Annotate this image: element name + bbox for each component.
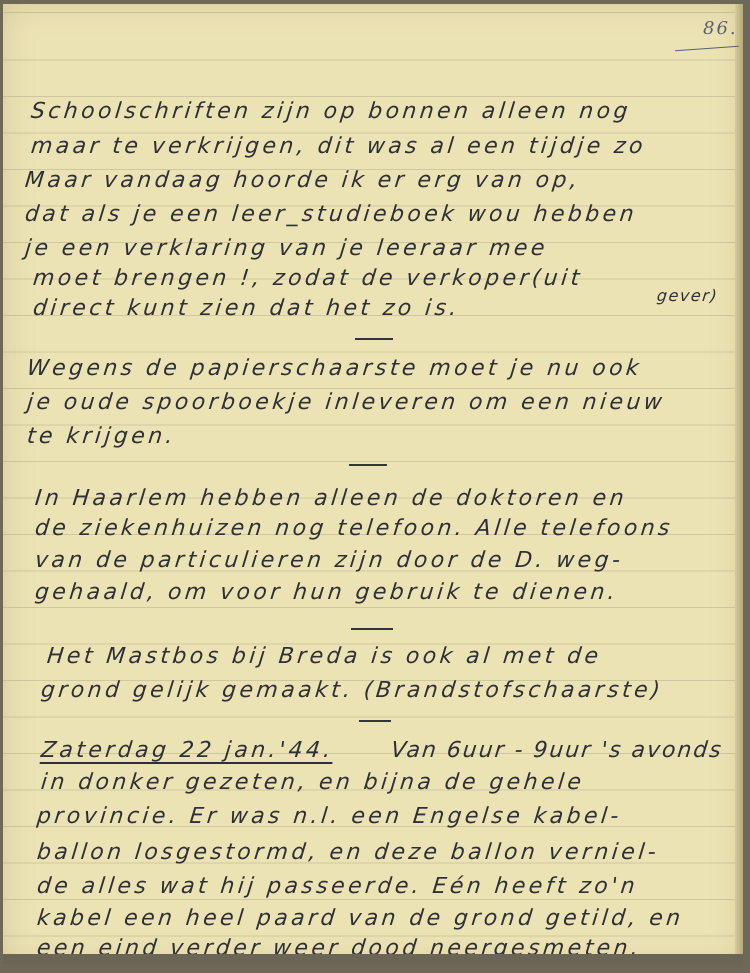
diary-page: 86. Schoolschriften zijn op bonnen allee… (3, 4, 743, 964)
entry-2-line-2: je oude spoorboekje inleveren om een nie… (26, 390, 667, 415)
section-divider (349, 464, 387, 466)
entry-3-line-2: de ziekenhuizen nog telefoon. Alle telef… (34, 516, 675, 541)
entry-5-line-3: provincie. Er was n.l. een Engelse kabel… (36, 804, 623, 829)
entry-2-line-1: Wegens de papierschaarste moet je nu ook (26, 356, 644, 381)
entry-1-line-5: je een verklaring van je leeraar mee (24, 236, 549, 261)
entry-5-line-4: ballon losgestormd, en deze ballon verni… (36, 840, 661, 865)
entry-3-line-4: gehaald, om voor hun gebruik te dienen. (34, 580, 620, 605)
entry-5-date-heading: Zaterdag 22 jan.'44. (40, 738, 335, 763)
entry-1-line-4: dat als je een leer_studieboek wou hebbe… (24, 202, 639, 227)
entry-5-line-6: kabel een heel paard van de grond getild… (36, 906, 685, 931)
entry-2-line-3: te krijgen. (26, 424, 178, 449)
entry-1-line-6: moet brengen !, zodat de verkoper(uit (32, 266, 584, 291)
page-number-underline (675, 46, 739, 51)
entry-1-annotation: gever) (656, 286, 719, 305)
section-divider (359, 720, 391, 722)
entry-4-line-1: Het Mastbos bij Breda is ook al met de (46, 644, 603, 669)
section-divider (351, 628, 393, 630)
entry-3-line-3: van de particulieren zijn door de D. weg… (34, 548, 625, 573)
section-divider (355, 338, 393, 340)
page-edge (735, 4, 743, 964)
entry-5-line-1: Van 6uur - 9uur 's avonds (390, 738, 724, 763)
entry-1-line-3: Maar vandaag hoorde ik er erg van op, (24, 168, 582, 193)
entry-5-line-2: in donker gezeten, en bijna de gehele (40, 770, 586, 795)
entry-1-line-2: maar te verkrijgen, dit was al een tijdj… (30, 134, 648, 159)
entry-1-line-1: Schoolschriften zijn op bonnen alleen no… (30, 99, 633, 124)
entry-1-line-7: direct kunt zien dat het zo is. (32, 296, 462, 321)
page-bottom-edge (3, 954, 743, 964)
entry-4-line-2: grond gelijk gemaakt. (Brandstofschaarst… (40, 678, 665, 703)
page-number: 86. (703, 18, 738, 39)
entry-3-line-1: In Haarlem hebben alleen de doktoren en (34, 486, 629, 511)
entry-5-line-5: de alles wat hij passeerde. Eén heeft zo… (36, 874, 640, 899)
